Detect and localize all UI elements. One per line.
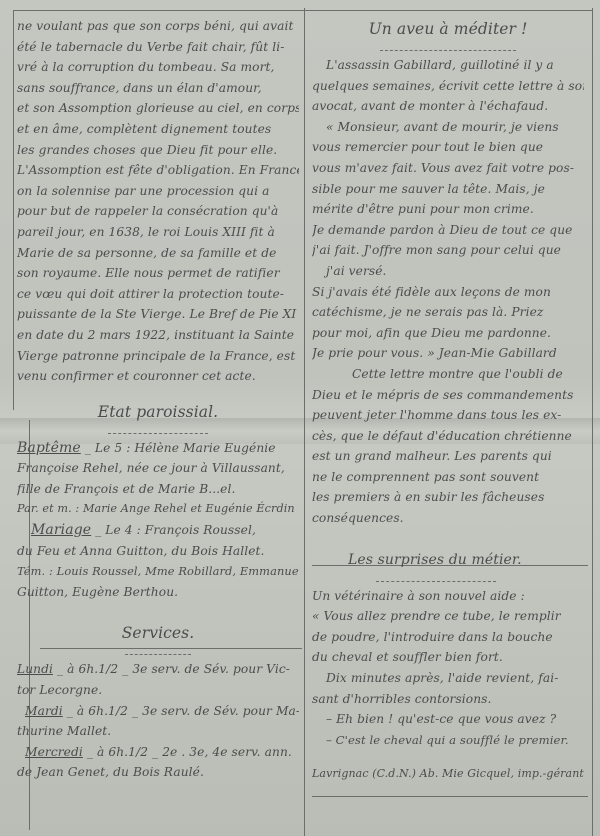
top-rule: [13, 10, 593, 11]
service-day: Lundi: [17, 662, 53, 676]
text-line: _ à 6h.1/2 _ 3e serv. de Sév. pour Vic-: [53, 662, 290, 676]
text-line: ne le comprennent pas sont souvent: [312, 467, 584, 488]
heading-flourish: [376, 575, 496, 582]
aveu-article: L'assassin Gabillard, guillotiné il y a …: [312, 55, 584, 529]
text-line: de poudre, l'introduire dans la bouche: [312, 627, 584, 648]
text-line: _ Le 5 : Hélène Marie Eugénie: [81, 441, 276, 455]
text-line: Dix minutes après, l'aide revient, fai-: [312, 668, 584, 689]
heading-flourish: [125, 648, 191, 655]
text-line: en date du 2 mars 1922, instituant la Sa…: [17, 325, 299, 346]
newsletter-page: ne voulant pas que son corps béni, qui a…: [0, 0, 600, 836]
etat-paroissial-heading: Etat paroissial.: [17, 399, 299, 425]
text-line: son royaume. Elle nous permet de ratifie…: [17, 263, 299, 284]
text-line: de Jean Genet, du Bois Raulé.: [17, 762, 299, 783]
text-line: Par. et m. : Marie Ange Rehel et Eugénie…: [17, 499, 299, 520]
text-line: Françoise Rehel, née ce jour à Villaussa…: [17, 458, 299, 479]
text-line: pour but de rappeler la consécration qu'…: [17, 201, 299, 222]
imprint-rule: [312, 796, 588, 797]
column-divider-line: [304, 8, 305, 836]
text-line: Je demande pardon à Dieu de tout ce que: [312, 220, 584, 241]
services-list: Lundi _ à 6h.1/2 _ 3e serv. de Sév. pour…: [17, 659, 299, 783]
text-line: j'ai fait. J'offre mon sang pour celui q…: [312, 240, 584, 261]
text-line: les grandes choses que Dieu fit pour ell…: [17, 140, 299, 161]
text-line: du Feu et Anna Guitton, du Bois Hallet.: [17, 541, 299, 562]
text-line: et son Assomption glorieuse au ciel, en …: [17, 98, 299, 119]
text-line: mérite d'être puni pour mon crime.: [312, 199, 584, 220]
text-line: les premiers à en subir les fâcheuses: [312, 487, 584, 508]
text-line: pareil jour, en 1638, le roi Louis XIII …: [17, 222, 299, 243]
service-item: Lundi _ à 6h.1/2 _ 3e serv. de Sév. pour…: [17, 659, 299, 700]
surprises-heading: Les surprises du métier.: [312, 547, 584, 573]
text-line: Si j'avais été fidèle aux leçons de mon: [312, 282, 584, 303]
text-line: on la solennise par une procession qui a: [17, 181, 299, 202]
text-line: – Eh bien ! qu'est-ce que vous avez ?: [312, 709, 584, 730]
text-line: du cheval et souffler bien fort.: [312, 647, 584, 668]
surprises-article: Un vétérinaire à son nouvel aide : « Vou…: [312, 586, 584, 751]
service-item: Mercredi _ à 6h.1/2 _ 2e . 3e, 4e serv. …: [17, 742, 299, 783]
text-line: est un grand malheur. Les parents qui: [312, 446, 584, 467]
text-line: thurine Mallet.: [17, 721, 299, 742]
text-line: ce vœu qui doit attirer la protection to…: [17, 284, 299, 305]
service-day: Mercredi: [25, 745, 83, 759]
text-line: peuvent jeter l'homme dans tous les ex-: [312, 405, 584, 426]
text-line: j'ai versé.: [312, 261, 584, 282]
service-day: Mardi: [25, 704, 63, 718]
services-heading: Services.: [17, 620, 299, 646]
text-line: ne voulant pas que son corps béni, qui a…: [17, 16, 299, 37]
text-line: – C'est le cheval qui a soufflé le premi…: [312, 730, 584, 751]
text-line: _ à 6h.1/2 _ 3e serv. de Sév. pour Ma-: [63, 704, 299, 718]
text-line: Tém. : Louis Roussel, Mme Robillard, Emm…: [17, 561, 299, 582]
text-line: quelques semaines, écrivit cette lettre …: [312, 76, 584, 97]
text-line: L'assassin Gabillard, guillotiné il y a: [312, 55, 584, 76]
text-line: _ Le 4 : François Roussel,: [91, 523, 256, 537]
mariage-entry: Mariage _ Le 4 : François Roussel, du Fe…: [17, 520, 299, 602]
text-line: avocat, avant de monter à l'échafaud.: [312, 96, 584, 117]
signature-line: Je prie pour vous. » Jean-Mie Gabillard: [312, 343, 584, 364]
text-line: venu confirmer et couronner cet acte.: [17, 366, 299, 387]
text-line: « Monsieur, avant de mourir, je viens: [312, 117, 584, 138]
text-line: vous remercier pour tout le bien que: [312, 137, 584, 158]
mariage-label: Mariage: [31, 522, 91, 538]
aveu-heading: Un aveu à méditer !: [312, 16, 584, 42]
text-line: fille de François et de Marie B...el.: [17, 479, 299, 500]
text-line: Dieu et le mépris de ses commandements: [312, 385, 584, 406]
bapteme-entry: Baptême _ Le 5 : Hélène Marie Eugénie Fr…: [17, 438, 299, 520]
printer-imprint: Lavrignac (C.d.N.) Ab. Mie Gicquel, imp.…: [312, 764, 584, 785]
right-border-line: [592, 8, 593, 836]
text-line: sant d'horribles contorsions.: [312, 689, 584, 710]
text-line: vré à la corruption du tombeau. Sa mort,: [17, 57, 299, 78]
text-line: « Vous allez prendre ce tube, le remplir: [312, 606, 584, 627]
text-line: pour moi, afin que Dieu me pardonne.: [312, 323, 584, 344]
heading-flourish: [380, 44, 516, 51]
heading-flourish: [108, 427, 208, 434]
text-line: conséquences.: [312, 508, 584, 529]
text-line: cès, que le défaut d'éducation chrétienn…: [312, 426, 584, 447]
text-line: Guitton, Eugène Berthou.: [17, 582, 299, 603]
text-line: Un vétérinaire à son nouvel aide :: [312, 586, 584, 607]
text-line: et en âme, complètent dignement toutes: [17, 119, 299, 140]
text-line: _ à 6h.1/2 _ 2e . 3e, 4e serv. ann.: [83, 745, 292, 759]
text-line: sans souffrance, dans un élan d'amour,: [17, 78, 299, 99]
text-line: tor Lecorgne.: [17, 680, 299, 701]
text-line: L'Assomption est fête d'obligation. En F…: [17, 160, 299, 181]
text-line: Vierge patronne principale de la France,…: [17, 346, 299, 367]
text-line: Cette lettre montre que l'oubli de: [312, 364, 584, 385]
text-line: catéchisme, je ne serais pas là. Priez: [312, 302, 584, 323]
service-item: Mardi _ à 6h.1/2 _ 3e serv. de Sév. pour…: [17, 701, 299, 742]
text-line: été le tabernacle du Verbe fait chair, f…: [17, 37, 299, 58]
text-line: Marie de sa personne, de sa famille et d…: [17, 243, 299, 264]
text-line: sible pour me sauver la tête. Mais, je: [312, 179, 584, 200]
bapteme-label: Baptême: [17, 440, 81, 456]
right-column: Un aveu à méditer ! L'assassin Gabillard…: [312, 16, 584, 785]
text-line: vous m'avez fait. Vous avez fait votre p…: [312, 158, 584, 179]
left-column: ne voulant pas que son corps béni, qui a…: [17, 16, 299, 783]
left-border-line: [13, 10, 14, 410]
text-line: puissante de la Ste Vierge. Le Bref de P…: [17, 304, 299, 325]
assomption-article: ne voulant pas que son corps béni, qui a…: [17, 16, 299, 387]
